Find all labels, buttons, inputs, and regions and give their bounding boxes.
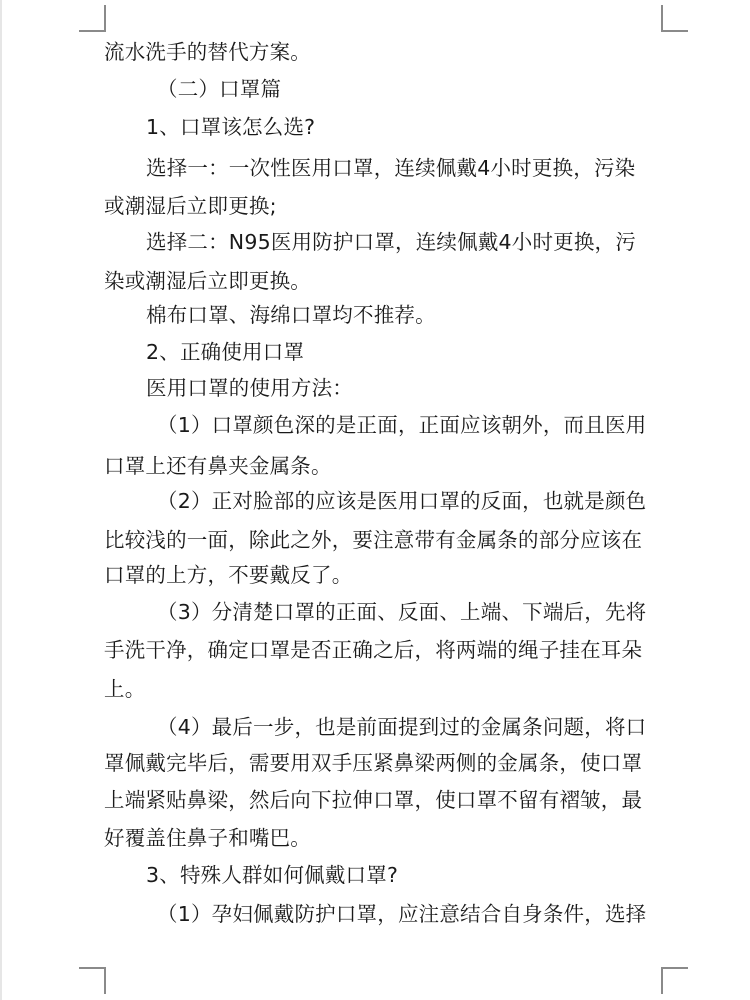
crop-mark-bottom-left [79,967,106,994]
subsection-heading: 3、特殊人群如何佩戴口罩? [146,863,398,887]
list-item-line: （1）孕妇佩戴防护口罩，应注意结合自身条件，选择 [157,902,646,926]
paragraph-line: 染或潮湿后立即更换。 [104,269,311,293]
paragraph-line: 棉布口罩、海绵口罩均不推荐。 [146,303,436,327]
section-heading: （二）口罩篇 [157,77,281,101]
list-item-line: （1）口罩颜色深的是正面，正面应该朝外，而且医用 [157,413,646,437]
paragraph-line: 上。 [104,677,145,701]
paragraph-line: 选择二：N95医用防护口罩，连续佩戴4小时更换，污 [146,230,636,254]
subsection-heading: 2、正确使用口罩 [146,340,304,364]
page-edge [0,0,2,1000]
paragraph-line: 流水洗手的替代方案。 [104,40,311,64]
list-item-line: （4）最后一步，也是前面提到过的金属条问题，将口 [157,715,646,739]
paragraph-line: 口罩的上方，不要戴反了。 [104,563,352,587]
list-item-line: （3）分清楚口罩的正面、反面、上端、下端后，先将 [157,600,646,624]
paragraph-line: 上端紧贴鼻梁，然后向下拉伸口罩，使口罩不留有褶皱，最 [104,788,642,812]
paragraph-line: 罩佩戴完毕后，需要用双手压紧鼻梁两侧的金属条，使口罩 [104,751,642,775]
list-item-line: （2）正对脸部的应该是医用口罩的反面，也就是颜色 [157,489,646,513]
paragraph-line: 好覆盖住鼻子和嘴巴。 [104,826,311,850]
paragraph-line: 比较浅的一面，除此之外，要注意带有金属条的部分应该在 [104,528,642,552]
paragraph-line: 医用口罩的使用方法： [146,376,353,400]
paragraph-line: 口罩上还有鼻夹金属条。 [104,454,332,478]
crop-mark-top-right [661,5,688,32]
paragraph-line: 或潮湿后立即更换; [104,194,277,218]
crop-mark-bottom-right [661,967,688,994]
subsection-heading: 1、口罩该怎么选? [146,115,315,139]
paragraph-line: 手洗干净，确定口罩是否正确之后，将两端的绳子挂在耳朵 [104,638,642,662]
crop-mark-top-left [79,5,106,32]
paragraph-line: 选择一：一次性医用口罩，连续佩戴4小时更换，污染 [146,156,635,180]
